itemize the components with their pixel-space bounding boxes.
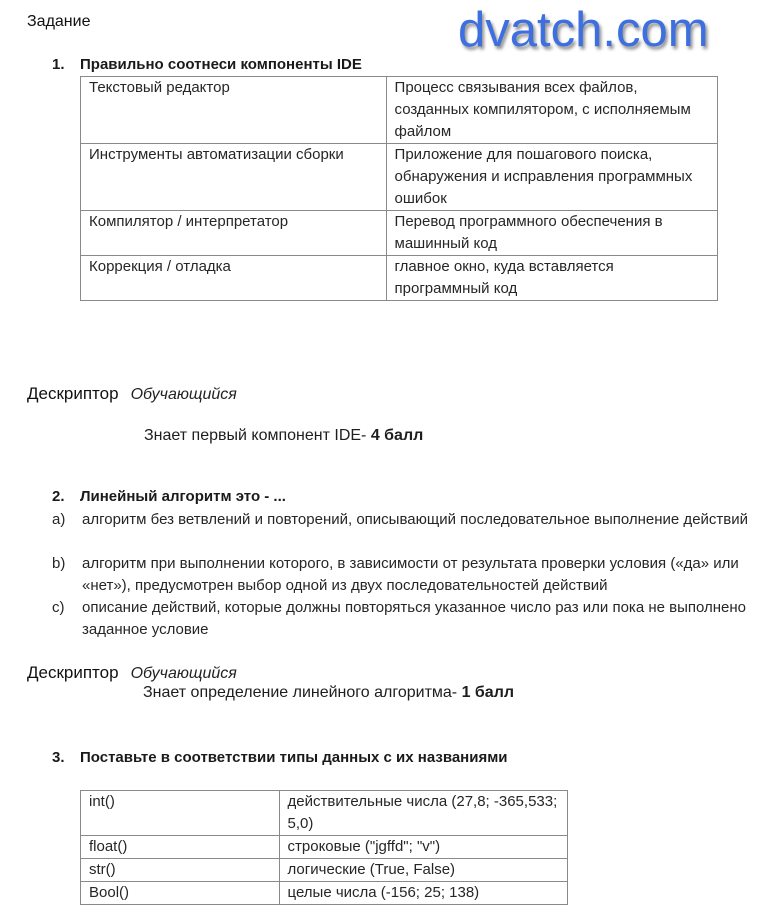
table-cell-component: Компилятор / интерпретатор: [81, 211, 387, 256]
table-cell-description: Перевод программного обеспечения в машин…: [386, 211, 717, 256]
task1-descriptor: ДескрипторОбучающийся: [27, 384, 237, 404]
task3-title: 3.Поставьте в соответствии типы данных с…: [52, 749, 508, 766]
descriptor-label: Дескриптор: [27, 384, 119, 403]
task2-title-text: Линейный алгоритм это - ...: [80, 488, 286, 505]
option-letter: a): [52, 509, 65, 531]
watermark-logo: dvatch.com: [458, 2, 709, 58]
task2-descriptor: ДескрипторОбучающийся: [27, 663, 237, 683]
task3-title-text: Поставьте в соответствии типы данных с и…: [80, 749, 508, 766]
table-row: str() логические (True, False): [81, 859, 568, 882]
task1-title-text: Правильно соотнеси компоненты IDE: [80, 56, 362, 73]
table-cell-component: Текстовый редактор: [81, 77, 387, 144]
task2-number: 2.: [52, 488, 80, 505]
task1-number: 1.: [52, 56, 80, 73]
table-row: int() действительные числа (27,8; -365,5…: [81, 791, 568, 836]
task2-criterion: Знает определение линейного алгоритма- 1…: [143, 684, 514, 702]
table-cell-type: str(): [81, 859, 280, 882]
table-row: Bool() целые числа (-156; 25; 138): [81, 882, 568, 905]
table-cell-type: float(): [81, 836, 280, 859]
table-row: float() строковые ("jgffd"; "v"): [81, 836, 568, 859]
data-types-table: int() действительные числа (27,8; -365,5…: [80, 790, 568, 905]
descriptor-subject: Обучающийся: [131, 386, 237, 403]
table-row: Компилятор / интерпретатор Перевод прогр…: [81, 211, 718, 256]
table-cell-type: Bool(): [81, 882, 280, 905]
option-b: b) алгоритм при выполнении которого, в з…: [52, 553, 764, 597]
descriptor-subject: Обучающийся: [131, 665, 237, 682]
task1-title: 1.Правильно соотнеси компоненты IDE: [52, 56, 362, 73]
descriptor-label: Дескриптор: [27, 663, 119, 682]
table-row: Коррекция / отладка главное окно, куда в…: [81, 256, 718, 301]
option-text: алгоритм при выполнении которого, в зави…: [82, 553, 764, 597]
option-c: c) описание действий, которые должны пов…: [52, 597, 764, 641]
option-letter: b): [52, 553, 65, 575]
ide-components-table: Текстовый редактор Процесс связывания вс…: [80, 76, 718, 301]
criterion-text: Знает определение линейного алгоритма-: [143, 684, 462, 701]
task1-criterion: Знает первый компонент IDE- 4 балл: [144, 427, 423, 445]
table-cell-component: Инструменты автоматизации сборки: [81, 144, 387, 211]
option-text: описание действий, которые должны повтор…: [82, 597, 764, 641]
option-a: a) алгоритм без ветвлений и повторений, …: [52, 509, 764, 531]
table-cell-description: Приложение для пошагового поиска, обнару…: [386, 144, 717, 211]
table-cell-type: int(): [81, 791, 280, 836]
task2-title: 2.Линейный алгоритм это - ...: [52, 488, 286, 505]
criterion-score: 4 балл: [371, 427, 423, 444]
table-cell-description: строковые ("jgffd"; "v"): [279, 836, 567, 859]
table-cell-component: Коррекция / отладка: [81, 256, 387, 301]
table-cell-description: главное окно, куда вставляется программн…: [386, 256, 717, 301]
page-heading: Задание: [27, 13, 90, 31]
table-row: Инструменты автоматизации сборки Приложе…: [81, 144, 718, 211]
table-cell-description: Процесс связывания всех файлов, созданны…: [386, 77, 717, 144]
criterion-score: 1 балл: [462, 684, 514, 701]
option-text: алгоритм без ветвлений и повторений, опи…: [82, 509, 764, 531]
option-letter: c): [52, 597, 65, 619]
table-cell-description: целые числа (-156; 25; 138): [279, 882, 567, 905]
criterion-text: Знает первый компонент IDE-: [144, 427, 371, 444]
table-cell-description: логические (True, False): [279, 859, 567, 882]
task3-number: 3.: [52, 749, 80, 766]
table-cell-description: действительные числа (27,8; -365,533; 5,…: [279, 791, 567, 836]
table-row: Текстовый редактор Процесс связывания вс…: [81, 77, 718, 144]
